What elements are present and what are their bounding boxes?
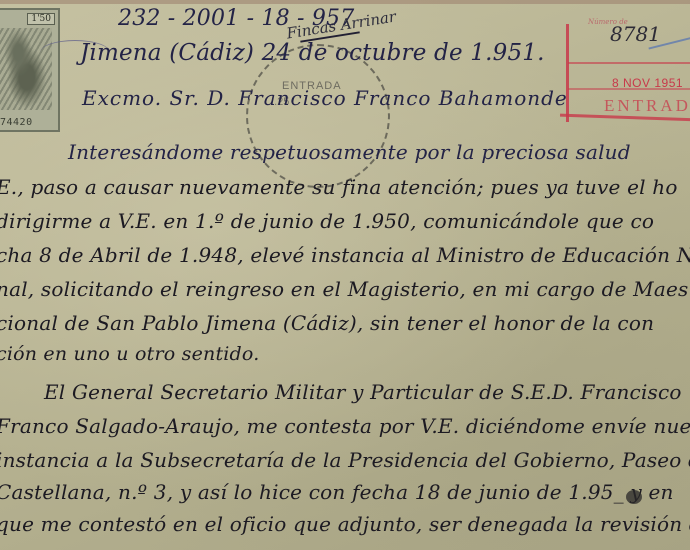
body-line: dirigirme a V.E. en 1.º de junio de 1.95… <box>0 209 654 233</box>
body-line: cional de San Pablo Jimena (Cádiz), sin … <box>0 311 654 335</box>
body-line: ción en uno u otro sentido. <box>0 343 259 365</box>
body-line: E., paso a causar nuevamente su fina ate… <box>0 175 678 199</box>
body-line: cha 8 de Abril de 1.948, elevé instancia… <box>0 243 690 267</box>
body-line: Franco Salgado-Araujo, me contesta por V… <box>0 414 690 438</box>
body-line: instancia a la Subsecretaría de la Presi… <box>0 448 690 472</box>
revenue-stamp: 1'50 74420 <box>0 8 60 132</box>
addressee: Excmo. Sr. D. Francisco Franco Bahamonde <box>82 86 568 110</box>
body-line: Interesándome respetuosamente por la pre… <box>68 140 631 164</box>
place-date: Jimena (Cádiz) 24 de octubre de 1.951. <box>80 40 545 66</box>
paper-top-edge <box>0 0 690 4</box>
stamp-serial: 74420 <box>0 117 33 128</box>
body-line: El General Secretario Militar y Particul… <box>44 380 682 404</box>
registry-date: 8 NOV 1951 <box>612 76 683 90</box>
stamp-value: 1'50 <box>27 13 55 25</box>
registry-stamp: Número de 8781 8 NOV 1951 ENTRADA <box>560 20 690 120</box>
body-line: que me contestó en el oficio que adjunto… <box>0 512 690 536</box>
stamp-rule <box>568 62 690 64</box>
body-line: Castellana, n.º 3, y así lo hice con fec… <box>0 480 674 504</box>
ink-blot <box>626 490 642 504</box>
body-line: nal, solicitando el reingreso en el Magi… <box>0 277 688 301</box>
registry-number: 8781 <box>610 22 661 46</box>
registry-label: ENTRADA <box>604 96 690 116</box>
allegorical-figure-icon <box>0 28 52 110</box>
